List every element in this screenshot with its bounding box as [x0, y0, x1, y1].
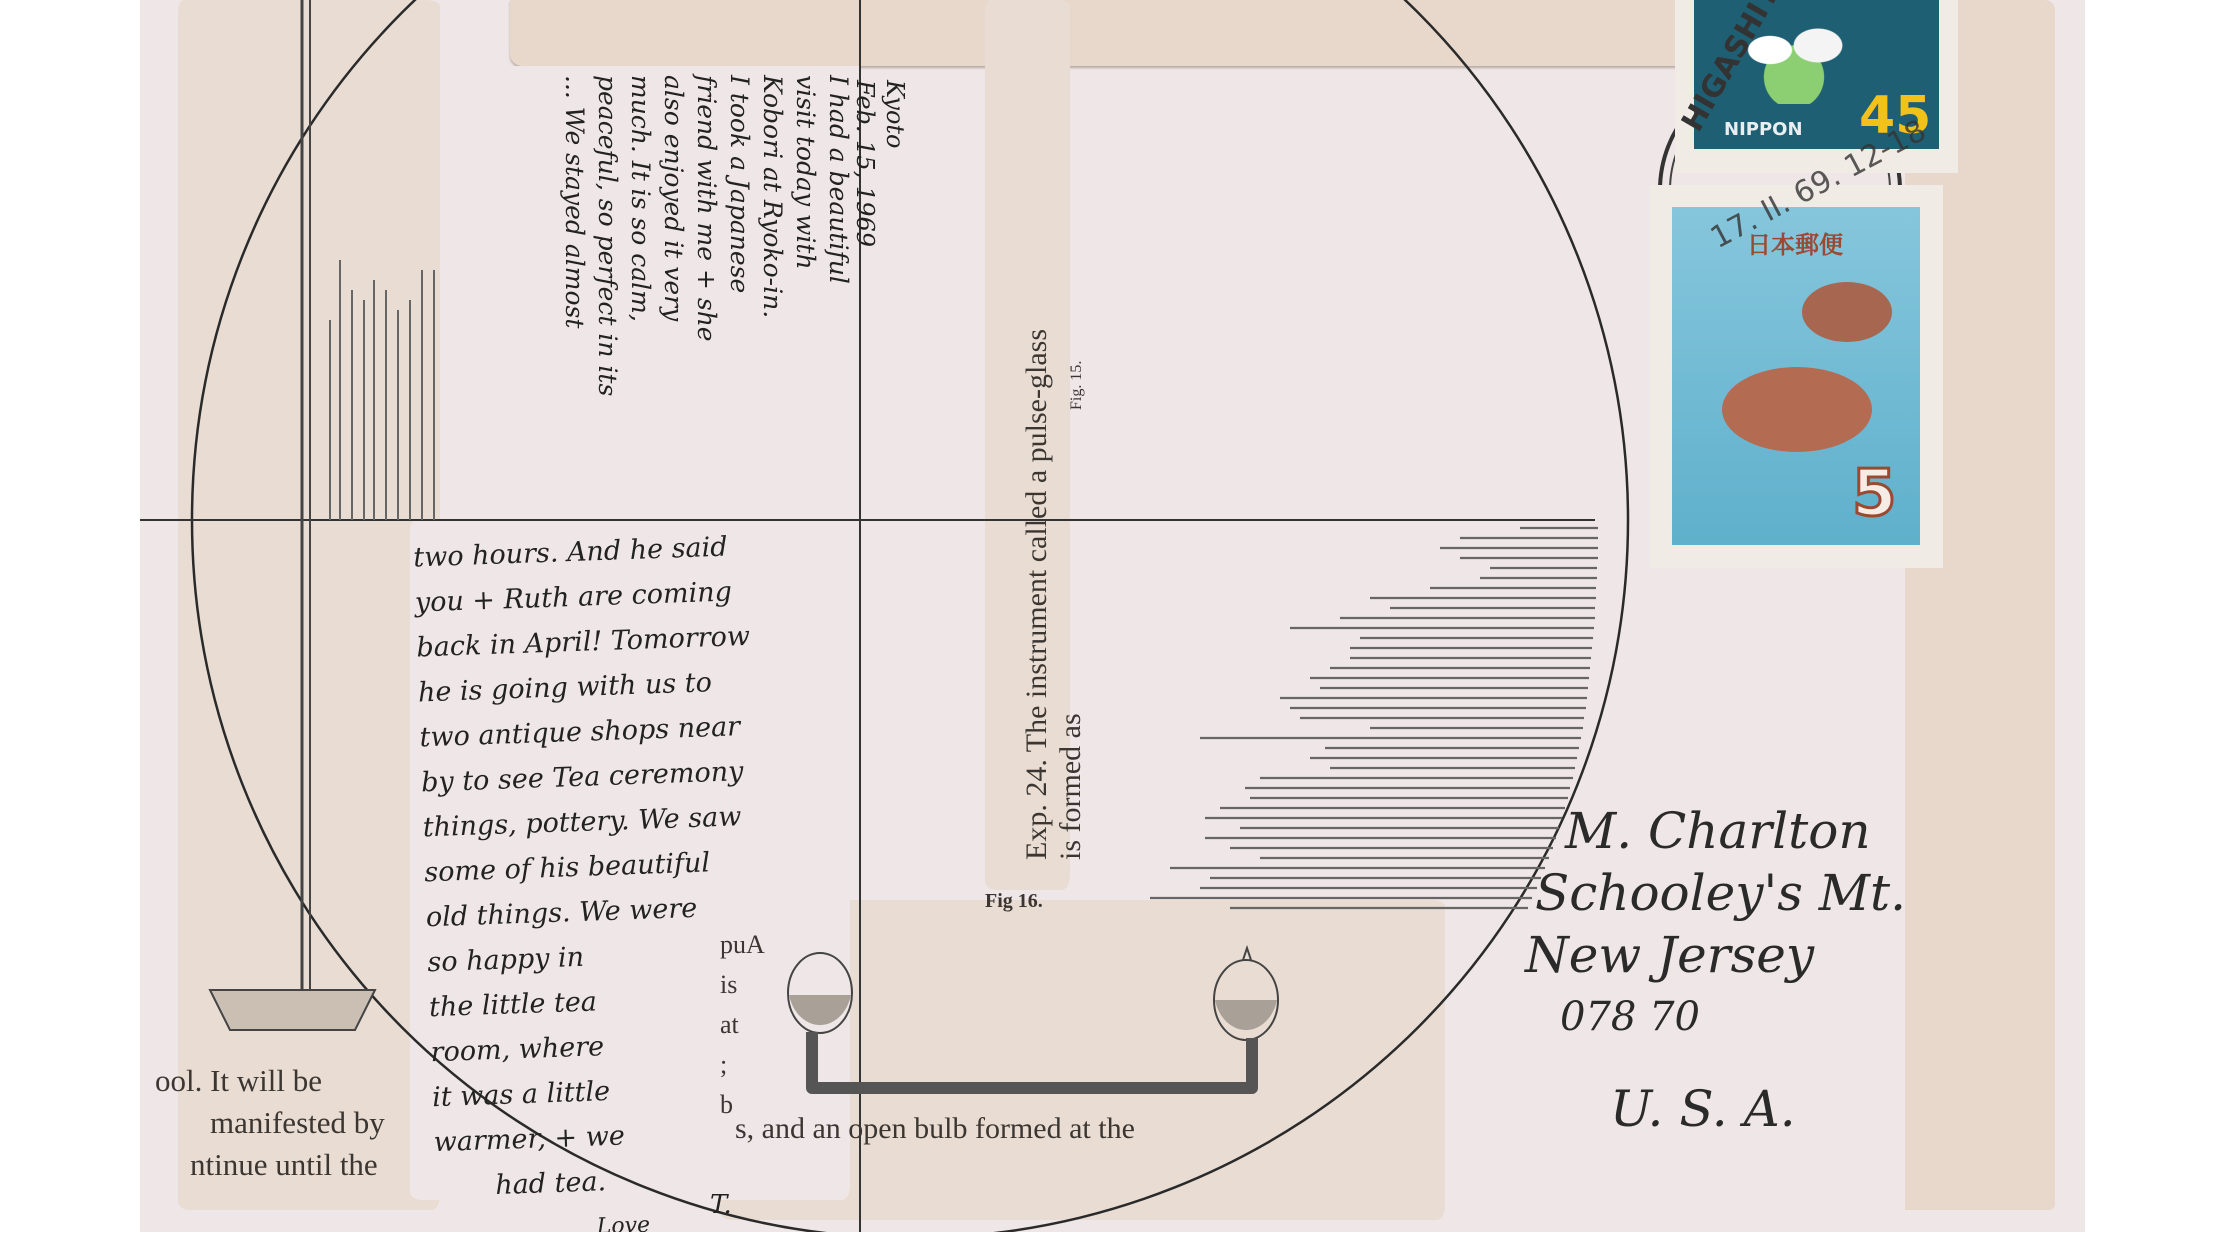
postcard: Kyoto Feb. 15, 1969 I had a beautiful vi…: [140, 0, 2085, 1232]
fragment: puA: [720, 925, 765, 965]
letter-line: I had a beautiful: [822, 75, 855, 515]
pulse-glass-caption: s, and an open bulb formed at the: [735, 1112, 1135, 1146]
letter-line: also enjoyed it very: [657, 75, 690, 515]
mandarin-duck-icon: [1802, 282, 1892, 342]
address-name: M. Charlton: [1525, 800, 1906, 862]
fragment: is: [720, 965, 765, 1005]
letter-line: visit today with: [789, 75, 822, 515]
mid-fragments: puA is at ; b: [720, 925, 765, 1125]
fragment: b: [720, 1085, 765, 1125]
fig-15-label: Fig. 15.: [1068, 361, 1086, 410]
mandarin-duck-icon: [1722, 367, 1872, 452]
stamp-5-yen: 日本郵便 5: [1650, 185, 1943, 568]
stamp-country: NIPPON: [1724, 119, 1803, 140]
fig-16-label: Fig 16.: [985, 890, 1043, 913]
letter-line: much. It is so calm,: [624, 75, 657, 515]
left-text-line: ntinue until the: [155, 1144, 385, 1186]
left-clipping-text: ool. It will be manifested by ntinue unt…: [155, 1060, 385, 1186]
left-text-line: manifested by: [155, 1102, 385, 1144]
address-country: U. S. A.: [1525, 1078, 1906, 1140]
letter-line: I took a Japanese: [723, 75, 756, 515]
letter-top-text: I had a beautiful visit today with Kobor…: [558, 75, 855, 515]
letter-line: peaceful, so perfect in its: [591, 75, 624, 515]
letter-line: friend with me + she: [690, 75, 723, 515]
address-street: Schooley's Mt.: [1525, 862, 1906, 924]
letter-place: Kyoto: [880, 80, 910, 247]
address-block: M. Charlton Schooley's Mt. New Jersey 07…: [1525, 800, 1906, 1140]
fragment: at: [720, 1005, 765, 1045]
address-zip: 078 70: [1525, 986, 1906, 1048]
letter-line: Kobori at Ryoko-in.: [756, 75, 789, 515]
letter-line: ... We stayed almost: [558, 75, 591, 515]
address-state: New Jersey: [1525, 924, 1906, 986]
vertical-caption-line-1: Exp. 24. The instrument called a pulse-g…: [1020, 329, 1054, 860]
left-text-line: ool. It will be: [155, 1060, 385, 1102]
fragment: ;: [720, 1045, 765, 1085]
stamp-value: 5: [1852, 457, 1897, 531]
letter-initial: T.: [710, 1190, 732, 1220]
letter-date-block: Kyoto Feb. 15, 1969: [850, 80, 910, 247]
